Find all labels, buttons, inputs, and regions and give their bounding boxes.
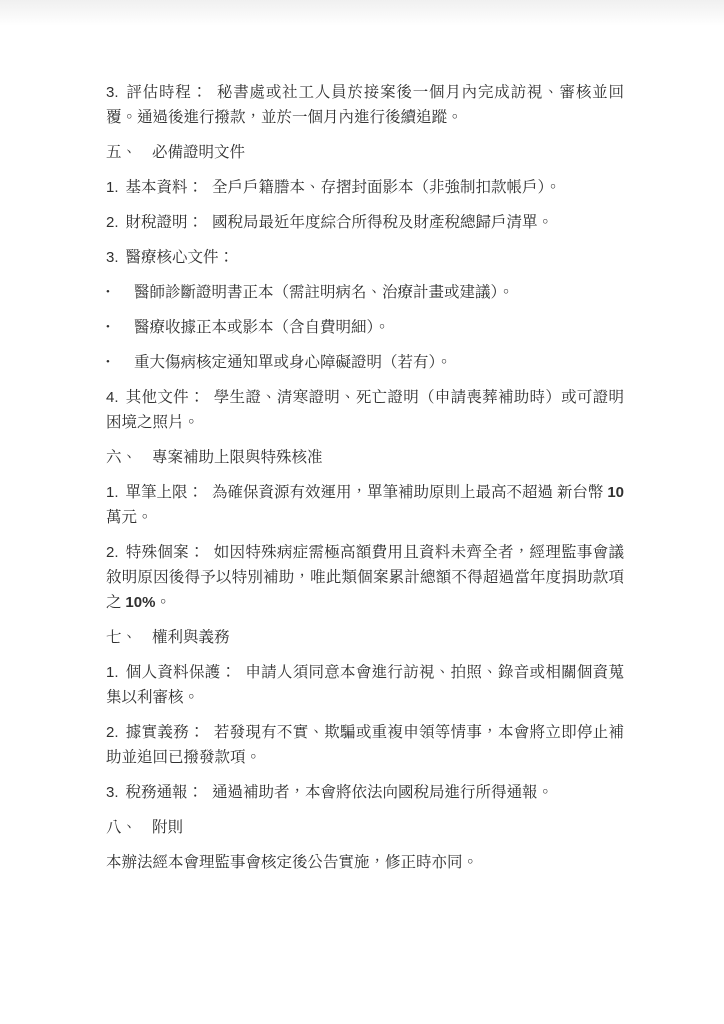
paragraph-text: 本辦法經本會理監事會核定後公告實施，修正時亦同。 xyxy=(106,854,478,871)
section-title: 必備證明文件 xyxy=(152,144,245,161)
numbered-item: 3.醫療核心文件： xyxy=(106,245,624,270)
section-heading: 五、必備證明文件 xyxy=(106,140,624,165)
item-text: 為確保資源有效運用，單筆補助原則上最高不超過 新台幣 xyxy=(212,484,603,501)
section-heading: 八、附則 xyxy=(106,815,624,840)
section-title: 專案補助上限與特殊核准 xyxy=(152,449,323,466)
numbered-item: 1.單筆上限：為確保資源有效運用，單筆補助原則上最高不超過 新台幣 10 萬元。 xyxy=(106,480,624,530)
bullet-item: •重大傷病核定通知單或身心障礙證明（若有）。 xyxy=(106,350,624,375)
item-text: 通過補助者，本會將依法向國稅局進行所得通報。 xyxy=(212,784,553,801)
item-text: 。 xyxy=(155,594,171,611)
bullet-icon: • xyxy=(106,350,134,375)
paragraph: 本辦法經本會理監事會核定後公告實施，修正時亦同。 xyxy=(106,850,624,875)
item-label: 評估時程： xyxy=(126,84,208,101)
item-label: 基本資料： xyxy=(126,179,204,196)
section-marker: 八、 xyxy=(106,819,137,836)
item-label: 個人資料保護： xyxy=(126,664,237,681)
highlight-number: 10% xyxy=(125,594,155,611)
section-marker: 五、 xyxy=(106,144,137,161)
item-text: 重大傷病核定通知單或身心障礙證明（若有）。 xyxy=(134,354,452,371)
item-number: 4. xyxy=(106,389,119,406)
numbered-item: 3.評估時程：秘書處或社工人員於接案後一個月內完成訪視、審核並回覆。通過後進行撥… xyxy=(106,80,624,130)
section-marker: 七、 xyxy=(106,629,137,646)
section-heading: 七、權利與義務 xyxy=(106,625,624,650)
bullet-icon: • xyxy=(106,280,134,305)
section-heading: 六、專案補助上限與特殊核准 xyxy=(106,445,624,470)
item-number: 1. xyxy=(106,179,119,196)
item-text: 醫療收據正本或影本（含自費明細）。 xyxy=(134,319,390,336)
numbered-item: 1.基本資料：全戶戶籍謄本、存摺封面影本（非強制扣款帳戶）。 xyxy=(106,175,624,200)
numbered-item: 2.據實義務：若發現有不實、欺騙或重複申領等情事，本會將立即停止補助並追回已撥發… xyxy=(106,720,624,770)
item-label: 特殊個案： xyxy=(126,544,205,561)
item-label: 財稅證明： xyxy=(126,214,204,231)
item-text: 醫師診斷證明書正本（需註明病名、治療計畫或建議）。 xyxy=(134,284,514,301)
item-number: 3. xyxy=(106,784,119,801)
item-number: 1. xyxy=(106,664,119,681)
item-label: 據實義務： xyxy=(126,724,205,741)
numbered-item: 2.財稅證明：國稅局最近年度綜合所得稅及財產稅總歸戶清單。 xyxy=(106,210,624,235)
item-label: 其他文件： xyxy=(126,389,205,406)
item-text: 國稅局最近年度綜合所得稅及財產稅總歸戶清單。 xyxy=(212,214,553,231)
bullet-item: •醫師診斷證明書正本（需註明病名、治療計畫或建議）。 xyxy=(106,280,624,305)
item-label: 醫療核心文件： xyxy=(126,249,235,266)
section-marker: 六、 xyxy=(106,449,137,466)
numbered-item: 4.其他文件：學生證、清寒證明、死亡證明（申請喪葬補助時）或可證明困境之照片。 xyxy=(106,385,624,435)
document-page: 3.評估時程：秘書處或社工人員於接案後一個月內完成訪視、審核並回覆。通過後進行撥… xyxy=(0,0,724,1024)
item-number: 1. xyxy=(106,484,119,501)
bullet-item: •醫療收據正本或影本（含自費明細）。 xyxy=(106,315,624,340)
section-title: 附則 xyxy=(152,819,183,836)
item-label: 單筆上限： xyxy=(126,484,204,501)
item-number: 3. xyxy=(106,84,119,101)
numbered-item: 3.稅務通報：通過補助者，本會將依法向國稅局進行所得通報。 xyxy=(106,780,624,805)
item-label: 稅務通報： xyxy=(126,784,204,801)
numbered-item: 1.個人資料保護：申請人須同意本會進行訪視、拍照、錄音或相關個資蒐集以利審核。 xyxy=(106,660,624,710)
bullet-icon: • xyxy=(106,315,134,340)
item-number: 2. xyxy=(106,724,119,741)
item-number: 2. xyxy=(106,544,119,561)
numbered-item: 2.特殊個案：如因特殊病症需極高額費用且資料未齊全者，經理監事會議敘明原因後得予… xyxy=(106,540,624,615)
item-number: 3. xyxy=(106,249,119,266)
item-text: 萬元。 xyxy=(106,509,153,526)
highlight-number: 10 xyxy=(607,484,624,501)
section-title: 權利與義務 xyxy=(152,629,230,646)
item-number: 2. xyxy=(106,214,119,231)
item-text: 全戶戶籍謄本、存摺封面影本（非強制扣款帳戶）。 xyxy=(212,179,561,196)
